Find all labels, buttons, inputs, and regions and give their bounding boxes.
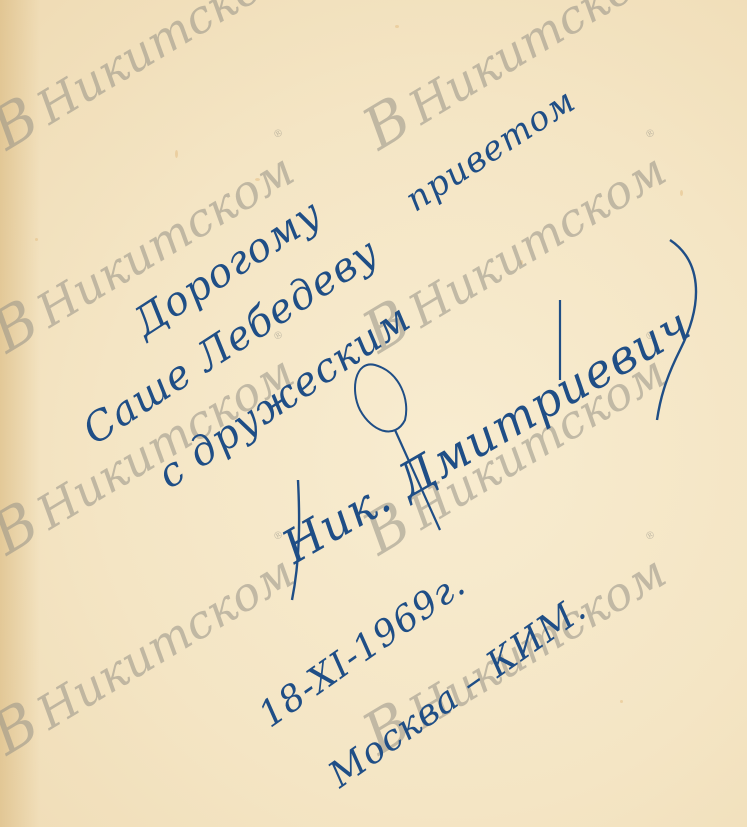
book-page: В Никитском® В Никитском® В Никитском® В… (0, 0, 747, 827)
signature-flourish (0, 0, 747, 827)
